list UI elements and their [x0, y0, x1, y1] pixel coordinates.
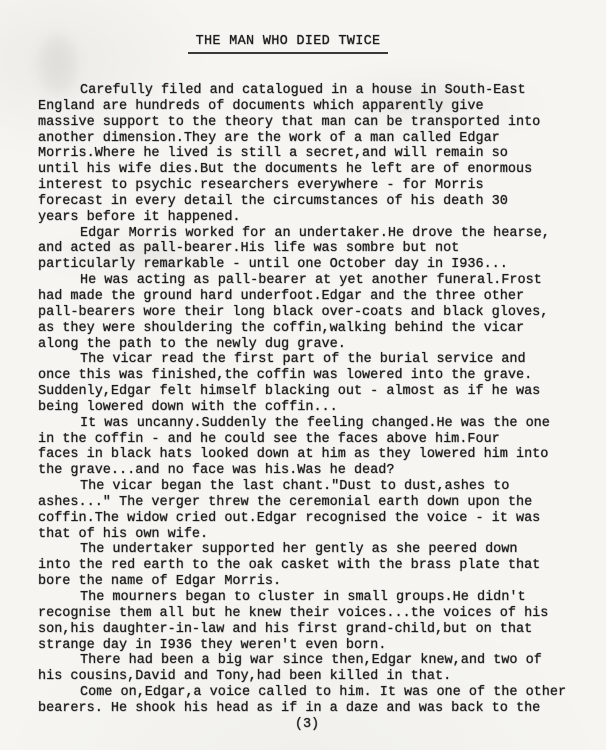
- paragraph: There had been a big war since then,Edga…: [38, 653, 590, 685]
- paragraph: Come on,Edgar,a voice called to him. It …: [38, 685, 590, 717]
- page-title: THE MAN WHO DIED TWICE: [188, 34, 389, 54]
- paragraph: Carefully filed and catalogued in a hous…: [38, 83, 590, 226]
- paragraph: The vicar began the last chant."Dust to …: [38, 479, 590, 542]
- page-number: (3): [4, 717, 606, 733]
- document-body: Carefully filed and catalogued in a hous…: [38, 83, 590, 717]
- paragraph: The undertaker supported her gently as s…: [38, 542, 590, 590]
- paragraph: He was acting as pall-bearer at yet anot…: [38, 273, 590, 352]
- document-title-row: THE MAN WHO DIED TWICE: [0, 34, 606, 54]
- paragraph: The vicar read the first part of the bur…: [38, 352, 590, 415]
- paragraph: It was uncanny.Suddenly the feeling chan…: [38, 416, 590, 479]
- paragraph: The mourners began to cluster in small g…: [38, 590, 590, 653]
- scanned-document-page: THE MAN WHO DIED TWICE Carefully filed a…: [0, 0, 606, 750]
- paragraph: Edgar Morris worked for an undertaker.He…: [38, 226, 590, 274]
